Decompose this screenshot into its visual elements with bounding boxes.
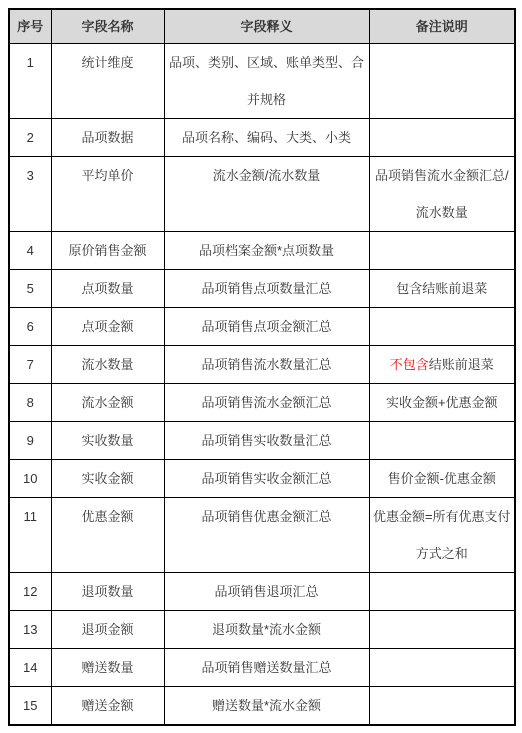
cell-number: 1 <box>9 44 51 119</box>
cell-number: 7 <box>9 346 51 384</box>
remark-segment: 包含结账前退菜 <box>396 281 487 296</box>
cell-field-definition: 品项销售退项汇总 <box>164 573 369 611</box>
cell-remarks <box>369 687 515 726</box>
cell-remarks: 实收金额+优惠金额 <box>369 384 515 422</box>
cell-field-name: 实收数量 <box>51 422 164 460</box>
cell-number: 6 <box>9 308 51 346</box>
cell-remarks <box>369 649 515 687</box>
cell-field-definition: 流水金额/流水数量 <box>164 157 369 232</box>
cell-remarks <box>369 232 515 270</box>
cell-field-name: 赠送数量 <box>51 649 164 687</box>
cell-field-name: 统计维度 <box>51 44 164 119</box>
cell-field-definition: 品项、类别、区域、账单类型、合 并规格 <box>164 44 369 119</box>
table-row: 8流水金额品项销售流水金额汇总实收金额+优惠金额 <box>9 384 515 422</box>
cell-field-name: 平均单价 <box>51 157 164 232</box>
header-cell-field-definition: 字段释义 <box>164 9 369 44</box>
table-row: 4原价销售金额品项档案金额*点项数量 <box>9 232 515 270</box>
cell-field-definition: 品项档案金额*点项数量 <box>164 232 369 270</box>
cell-field-name: 赠送金额 <box>51 687 164 726</box>
table-row: 11优惠金额品项销售优惠金额汇总优惠金额=所有优惠支付 方式之和 <box>9 498 515 573</box>
cell-field-definition: 品项销售流水金额汇总 <box>164 384 369 422</box>
remark-segment: 品项销售流水金额汇总/ 流水数量 <box>375 168 509 220</box>
cell-number: 14 <box>9 649 51 687</box>
cell-field-name: 流水数量 <box>51 346 164 384</box>
cell-field-definition: 品项销售点项金额汇总 <box>164 308 369 346</box>
cell-number: 11 <box>9 498 51 573</box>
cell-field-name: 点项金额 <box>51 308 164 346</box>
cell-field-name: 品项数据 <box>51 119 164 157</box>
cell-field-definition: 品项名称、编码、大类、小类 <box>164 119 369 157</box>
cell-number: 13 <box>9 611 51 649</box>
cell-remarks <box>369 573 515 611</box>
header-cell-number: 序号 <box>9 9 51 44</box>
table-row: 12退项数量品项销售退项汇总 <box>9 573 515 611</box>
cell-field-name: 优惠金额 <box>51 498 164 573</box>
table-row: 7流水数量品项销售流水数量汇总不包含结账前退菜 <box>9 346 515 384</box>
cell-number: 15 <box>9 687 51 726</box>
cell-field-name: 原价销售金额 <box>51 232 164 270</box>
cell-field-definition: 品项销售实收数量汇总 <box>164 422 369 460</box>
table-row: 3平均单价流水金额/流水数量品项销售流水金额汇总/ 流水数量 <box>9 157 515 232</box>
remark-segment: 优惠金额=所有优惠支付 方式之和 <box>373 509 511 561</box>
cell-number: 2 <box>9 119 51 157</box>
cell-field-definition: 品项销售实收金额汇总 <box>164 460 369 498</box>
header-cell-remarks: 备注说明 <box>369 9 515 44</box>
table-row: 5点项数量品项销售点项数量汇总包含结账前退菜 <box>9 270 515 308</box>
cell-remarks <box>369 611 515 649</box>
table-row: 14赠送数量品项销售赠送数量汇总 <box>9 649 515 687</box>
table-row: 6点项金额品项销售点项金额汇总 <box>9 308 515 346</box>
cell-remarks: 售价金额-优惠金额 <box>369 460 515 498</box>
cell-number: 8 <box>9 384 51 422</box>
table-row: 15赠送金额赠送数量*流水金额 <box>9 687 515 726</box>
cell-field-name: 流水金额 <box>51 384 164 422</box>
cell-field-name: 实收金额 <box>51 460 164 498</box>
remark-segment: 售价金额-优惠金额 <box>388 471 496 486</box>
cell-field-definition: 品项销售流水数量汇总 <box>164 346 369 384</box>
table-row: 9实收数量品项销售实收数量汇总 <box>9 422 515 460</box>
remark-segment: 实收金额+优惠金额 <box>386 395 498 410</box>
document-page: 序号 字段名称 字段释义 备注说明 1统计维度品项、类别、区域、账单类型、合 并… <box>8 8 516 726</box>
table-row: 2品项数据品项名称、编码、大类、小类 <box>9 119 515 157</box>
header-cell-field-name: 字段名称 <box>51 9 164 44</box>
cell-field-name: 点项数量 <box>51 270 164 308</box>
cell-remarks: 优惠金额=所有优惠支付 方式之和 <box>369 498 515 573</box>
cell-number: 4 <box>9 232 51 270</box>
cell-number: 3 <box>9 157 51 232</box>
remark-segment: 结账前退菜 <box>429 357 494 372</box>
cell-remarks <box>369 422 515 460</box>
cell-number: 10 <box>9 460 51 498</box>
table-row: 13退项金额退项数量*流水金额 <box>9 611 515 649</box>
cell-field-definition: 品项销售赠送数量汇总 <box>164 649 369 687</box>
cell-remarks: 不包含结账前退菜 <box>369 346 515 384</box>
cell-remarks: 包含结账前退菜 <box>369 270 515 308</box>
cell-number: 12 <box>9 573 51 611</box>
cell-remarks <box>369 44 515 119</box>
cell-field-definition: 品项销售优惠金额汇总 <box>164 498 369 573</box>
table-header-row: 序号 字段名称 字段释义 备注说明 <box>9 9 515 44</box>
cell-field-definition: 赠送数量*流水金额 <box>164 687 369 726</box>
cell-number: 5 <box>9 270 51 308</box>
cell-number: 9 <box>9 422 51 460</box>
field-definition-table: 序号 字段名称 字段释义 备注说明 1统计维度品项、类别、区域、账单类型、合 并… <box>8 8 516 726</box>
remark-segment-red: 不包含 <box>390 357 429 372</box>
cell-remarks <box>369 119 515 157</box>
cell-field-name: 退项数量 <box>51 573 164 611</box>
table-row: 10实收金额品项销售实收金额汇总售价金额-优惠金额 <box>9 460 515 498</box>
cell-remarks: 品项销售流水金额汇总/ 流水数量 <box>369 157 515 232</box>
table-row: 1统计维度品项、类别、区域、账单类型、合 并规格 <box>9 44 515 119</box>
table-body: 1统计维度品项、类别、区域、账单类型、合 并规格2品项数据品项名称、编码、大类、… <box>9 44 515 726</box>
cell-field-definition: 品项销售点项数量汇总 <box>164 270 369 308</box>
cell-remarks <box>369 308 515 346</box>
cell-field-definition: 退项数量*流水金额 <box>164 611 369 649</box>
cell-field-name: 退项金额 <box>51 611 164 649</box>
